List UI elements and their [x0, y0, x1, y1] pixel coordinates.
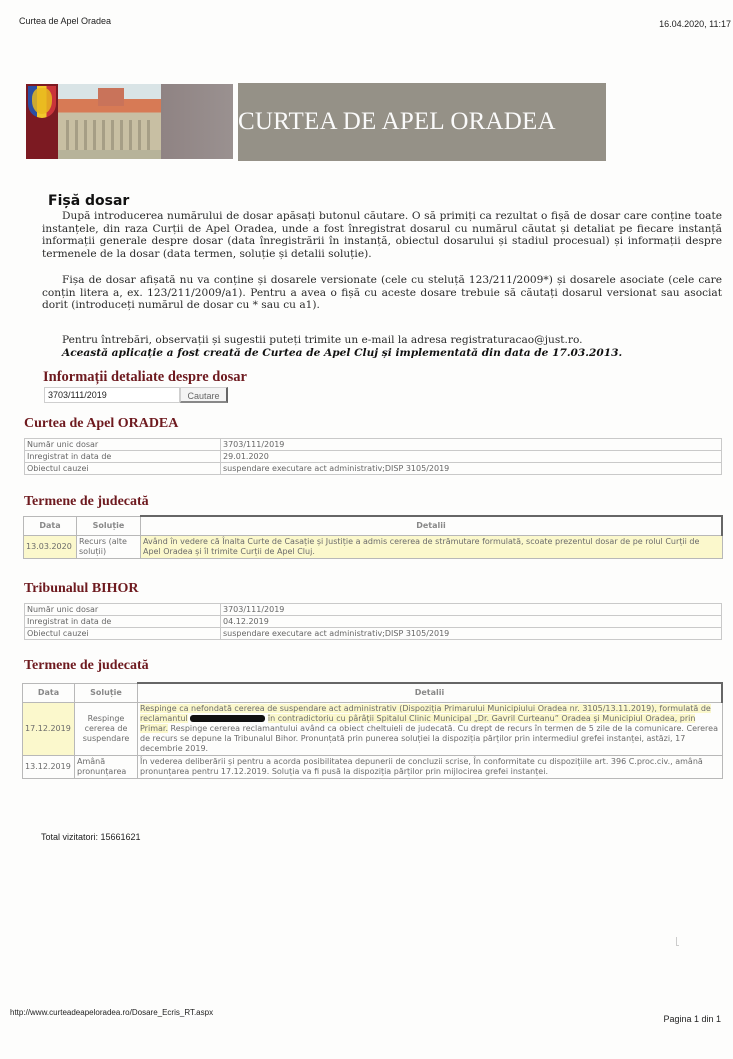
table-row: 17.12.2019 Respinge cererea de suspendar… [23, 703, 723, 756]
page-url: http://www.curteadeapeloradea.ro/Dosare_… [10, 1008, 213, 1017]
table-header-row: Data Soluție Detalii [24, 516, 723, 536]
table-row: Obiectul cauzeisuspendare executare act … [25, 463, 722, 475]
courthouse-building-image [58, 84, 161, 159]
table-row: Număr unic dosar3703/111/2019 [25, 439, 722, 451]
court-info-table: Număr unic dosar3703/111/2019 Inregistra… [24, 603, 722, 640]
terms-heading: Termene de judecată [24, 494, 149, 510]
court-heading: Curtea de Apel ORADEA [24, 416, 178, 432]
table-header-row: Data Soluție Detalii [23, 683, 723, 703]
print-site-name: Curtea de Apel Oradea [19, 16, 111, 26]
page-number: Pagina 1 din 1 [663, 1014, 721, 1024]
case-number-input[interactable] [44, 387, 180, 403]
table-row: 13.03.2020 Recurs (alte soluții) Având î… [24, 536, 723, 559]
redacted-name [190, 715, 265, 722]
romania-coat-of-arms-icon [26, 84, 58, 159]
table-row: Obiectul cauzeisuspendare executare act … [25, 628, 722, 640]
table-row: Inregistrat in data de29.01.2020 [25, 451, 722, 463]
table-row: Inregistrat in data de04.12.2019 [25, 616, 722, 628]
table-row: 13.12.2019 Amână pronunțarea În vederea … [23, 756, 723, 779]
banner-image [26, 84, 233, 159]
court-heading: Tribunalul BIHOR [24, 581, 139, 597]
visitor-counter: Total vizitatori: 15661621 [41, 832, 141, 842]
intro-paragraph-1: După introducerea numărului de dosar apă… [42, 210, 722, 260]
banner-title: CURTEA DE APEL ORADEA [238, 108, 556, 136]
terms-heading: Termene de judecată [24, 658, 149, 674]
credit-text: Această aplicație a fost creată de Curte… [62, 347, 733, 360]
banner-title-box: CURTEA DE APEL ORADEA [238, 83, 606, 161]
terms-table: Data Soluție Detalii 17.12.2019 Respinge… [22, 682, 723, 779]
search-button[interactable]: Cautare [180, 387, 228, 403]
search-heading: Informații detaliate despre dosar [43, 369, 247, 386]
term-details: Respinge ca nefondată cererea de suspend… [138, 703, 723, 756]
table-row: Număr unic dosar3703/111/2019 [25, 604, 722, 616]
print-timestamp: 16.04.2020, 11:17 [659, 19, 731, 29]
terms-table: Data Soluție Detalii 13.03.2020 Recurs (… [23, 515, 723, 559]
contact-text: Pentru întrebări, observații și sugestii… [62, 334, 733, 347]
court-info-table: Număr unic dosar3703/111/2019 Inregistra… [24, 438, 722, 475]
scan-mark [676, 937, 679, 946]
intro-paragraph-2: Fișa de dosar afișată nu va conține și d… [42, 274, 722, 312]
page-title: Fișă dosar [48, 193, 129, 209]
